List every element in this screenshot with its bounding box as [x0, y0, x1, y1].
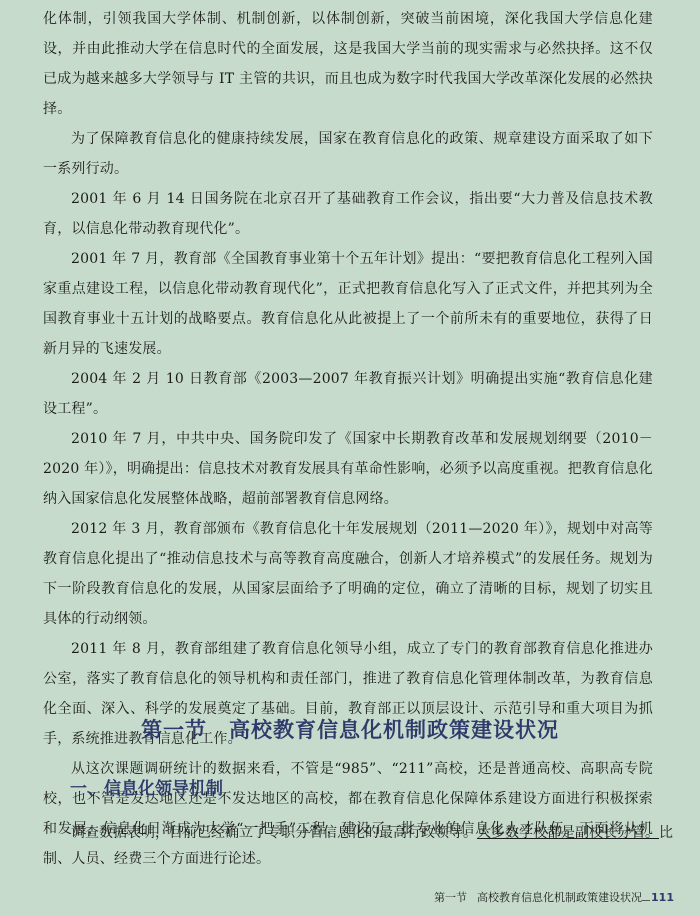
paragraph-6: 2010 年 7 月，中共中央、国务院印发了《国家中长期教育改革和发展规划纲要（… — [43, 424, 653, 514]
paragraph-3: 2001 年 6 月 14 日国务院在北京召开了基础教育工作会议，指出要“大力普… — [43, 184, 653, 244]
page-number: 111 — [651, 891, 674, 904]
paragraph-10-continuation: 比 — [659, 825, 673, 841]
section-title-text: 高校教育信息化机制政策建设状况 — [229, 718, 559, 742]
footer-section-title: 高校教育信息化机制政策建设状况 — [477, 891, 642, 904]
section-heading: 第一节高校教育信息化机制政策建设状况 — [0, 714, 700, 744]
paragraph-7: 2012 年 3 月，教育部颁布《教育信息化十年发展规划（2011—2020 年… — [43, 514, 653, 634]
paragraph-10: 调查数据表明，目前已经确立了专职分管信息化的最高行政领导。大多数学校都是副校长分… — [71, 822, 673, 844]
paragraph-1: 化体制，引领我国大学体制、机制创新，以体制创新，突破当前困境，深化我国大学信息化… — [43, 4, 653, 124]
subsection-heading: 一、信息化领导机制 — [70, 774, 223, 799]
paragraph-5: 2004 年 2 月 10 日教育部《2003—2007 年教育振兴计划》明确提… — [43, 364, 653, 424]
running-footer: 第一节高校教育信息化机制政策建设状况111 — [434, 889, 674, 905]
footer-rule — [642, 900, 650, 901]
underlined-text: 大多数学校都是副校长分管。 — [477, 825, 659, 841]
document-page: 化体制，引领我国大学体制、机制创新，以体制创新，突破当前困境，深化我国大学信息化… — [0, 0, 700, 916]
paragraph-10-text: 调查数据表明，目前已经确立了专职分管信息化的最高行政领导。 — [71, 825, 477, 841]
section-number: 第一节 — [141, 718, 207, 742]
paragraph-9: 从这次课题调研统计的数据来看，不管是“985”、“211”高校，还是普通高校、高… — [43, 754, 653, 874]
paragraph-4: 2001 年 7 月，教育部《全国教育事业第十个五年计划》提出：“要把教育信息化… — [43, 244, 653, 364]
paragraph-2: 为了保障教育信息化的健康持续发展，国家在教育信息化的政策、规章建设方面采取了如下… — [43, 124, 653, 184]
footer-section-number: 第一节 — [434, 891, 467, 904]
